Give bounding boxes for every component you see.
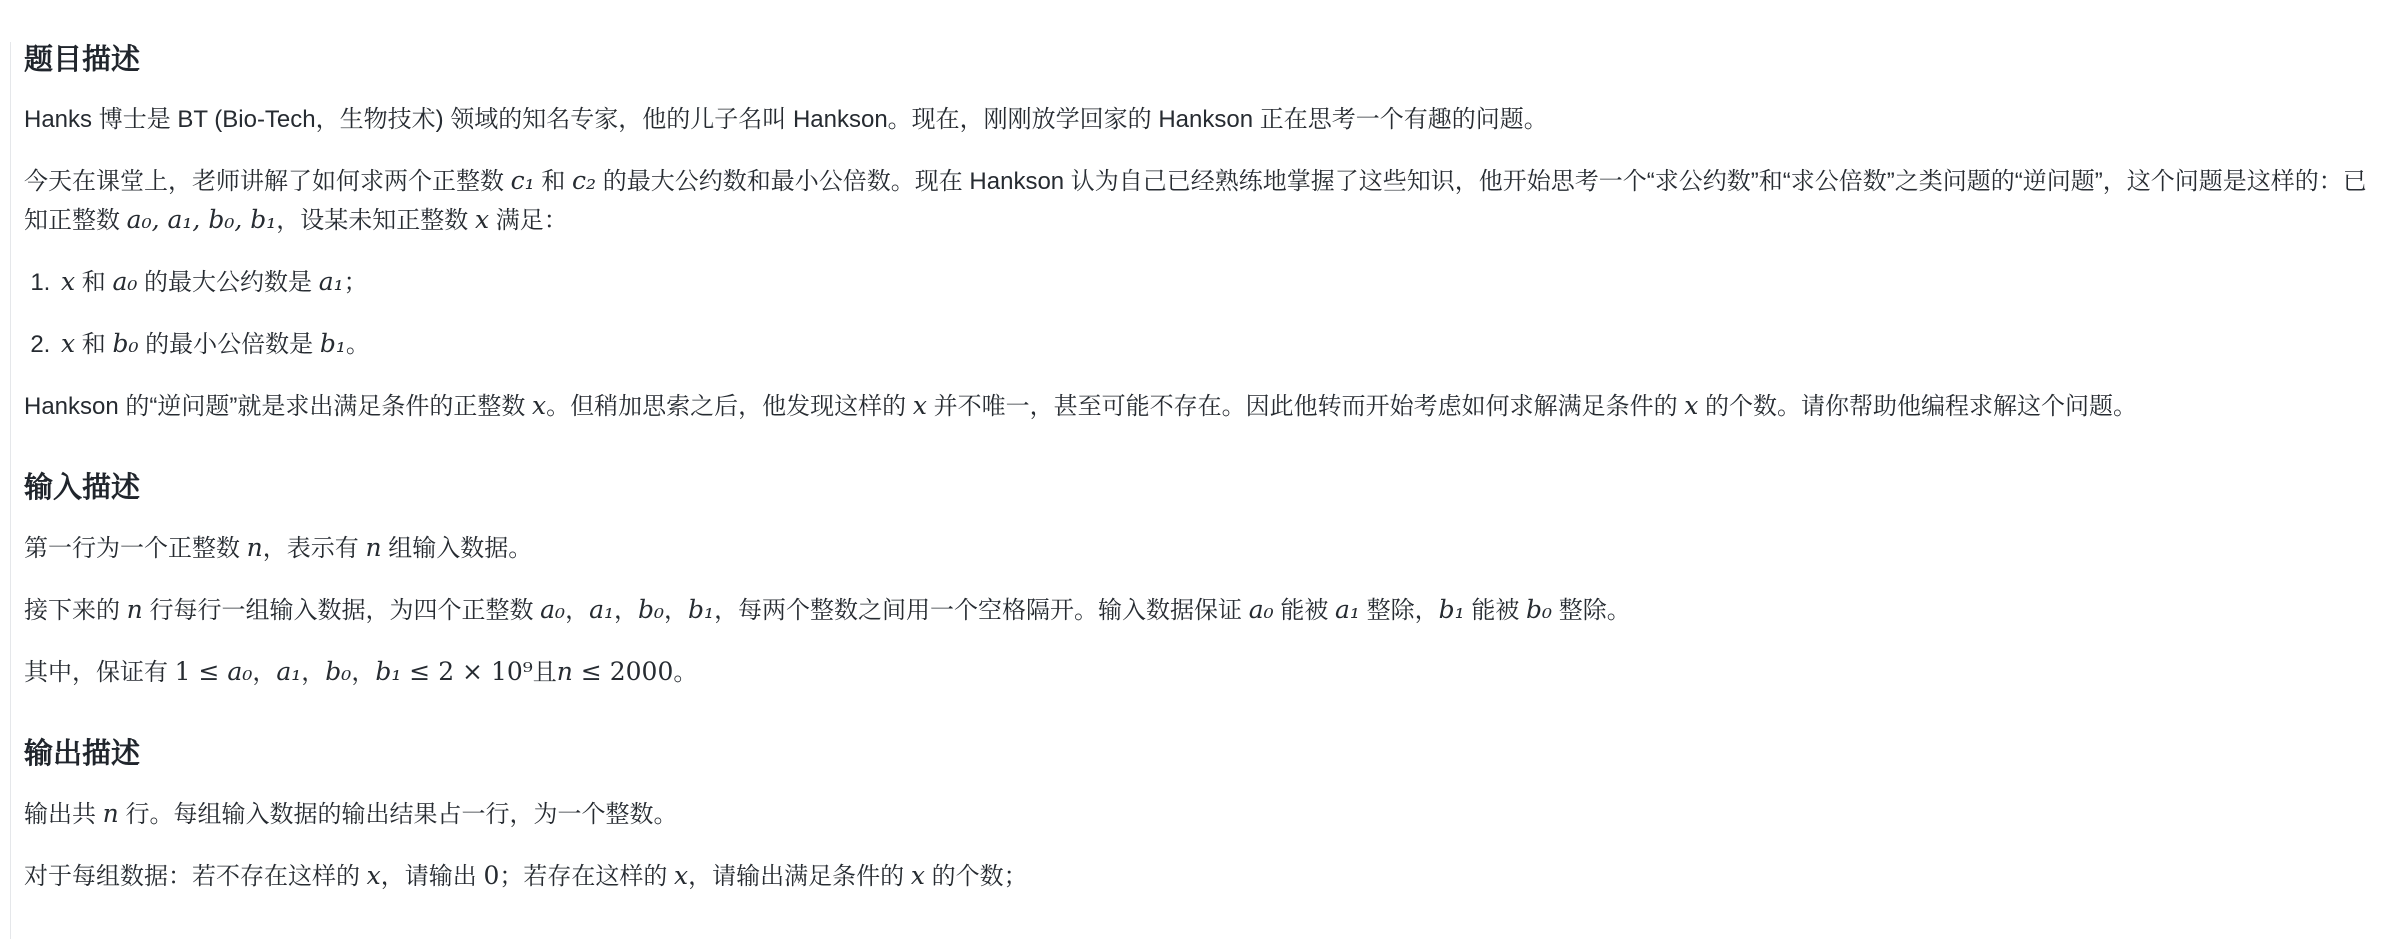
math-inline: a₁ [319, 267, 344, 296]
text-run: 组输入数据。 [382, 535, 533, 562]
math-number: ≤ 2 × 10⁹ [401, 657, 532, 686]
math-inline: x [913, 391, 927, 420]
math-inline: b₀ [325, 657, 351, 686]
section-heading: 输入描述 [24, 470, 2379, 506]
text-run: ， [614, 597, 638, 624]
section-heading: 输出描述 [24, 736, 2379, 772]
paragraph: Hankson 的“逆问题”就是求出满足条件的正整数 x。但稍加思索之后，他发现… [24, 387, 2379, 426]
text-run: Hankson 的“逆问题”就是求出满足条件的正整数 [24, 393, 532, 420]
math-inline: x [1684, 391, 1698, 420]
math-inline: a₁ [276, 657, 301, 686]
math-inline: x [674, 861, 688, 890]
text-run: Hanks 博士是 BT (Bio-Tech，生物技术) 领域的知名专家，他的儿… [24, 106, 1548, 133]
math-inline: a₀ [227, 657, 252, 686]
math-inline: c₂ [572, 166, 596, 195]
math-inline: a₀ [540, 595, 565, 624]
text-run: 其中，保证有 [24, 659, 175, 686]
paragraph: 第一行为一个正整数 n，表示有 n 组输入数据。 [24, 529, 2379, 568]
math-inline: a₀ [1249, 595, 1274, 624]
text-run: 接下来的 [24, 597, 127, 624]
math-inline: x [475, 205, 489, 234]
math-inline: x [532, 391, 546, 420]
text-run: 和 [75, 269, 112, 296]
text-run: ， [301, 659, 325, 686]
problem-panel: 题目描述Hanks 博士是 BT (Bio-Tech，生物技术) 领域的知名专家… [10, 42, 2391, 939]
math-inline: a₁ [589, 595, 614, 624]
math-inline: n [247, 533, 263, 562]
math-inline: b₁ [688, 595, 714, 624]
text-run: 能被 [1465, 597, 1526, 624]
text-run: 的最大公约数是 [137, 269, 318, 296]
text-run: ，请输出 [381, 863, 484, 890]
math-inline: n [365, 533, 381, 562]
paragraph: 对于每组数据：若不存在这样的 x，请输出 0；若存在这样的 x，请输出满足条件的… [24, 857, 2379, 896]
text-run: 。但稍加思索之后，他发现这样的 [546, 393, 913, 420]
math-inline: c₁ [511, 166, 535, 195]
text-run: 和 [535, 168, 572, 195]
text-run: ，设某未知正整数 [276, 207, 475, 234]
paragraph: 接下来的 n 行每行一组输入数据，为四个正整数 a₀，a₁，b₀，b₁，每两个整… [24, 591, 2379, 630]
text-run: 。 [673, 659, 697, 686]
math-number: 0 [483, 861, 499, 890]
text-run: 行。每组输入数据的输出结果占一行，为一个整数。 [119, 801, 678, 828]
text-run: ；若存在这样的 [499, 863, 674, 890]
math-inline: x [367, 861, 381, 890]
list-item: x 和 b₀ 的最小公倍数是 b₁。 [57, 325, 2379, 364]
text-run: 且 [533, 659, 557, 686]
math-number: ≤ 2000 [573, 657, 673, 686]
math-inline: b₀ [1526, 595, 1552, 624]
paragraph: 其中，保证有 1 ≤ a₀，a₁，b₀，b₁ ≤ 2 × 10⁹且n ≤ 200… [24, 653, 2379, 692]
text-run: ，每两个整数之间用一个空格隔开。输入数据保证 [714, 597, 1249, 624]
math-inline: b₁ [375, 657, 401, 686]
math-inline: x [61, 267, 75, 296]
problem-statement-content: 题目描述Hanks 博士是 BT (Bio-Tech，生物技术) 领域的知名专家… [24, 42, 2379, 896]
section-heading: 题目描述 [24, 42, 2379, 78]
math-inline: n [557, 657, 573, 686]
math-inline: n [127, 595, 143, 624]
text-run: 并不唯一，甚至可能不存在。因此他转而开始考虑如何求解满足条件的 [927, 393, 1684, 420]
text-run: 满足： [489, 207, 568, 234]
paragraph: 输出共 n 行。每组输入数据的输出结果占一行，为一个整数。 [24, 795, 2379, 834]
text-run: ， [565, 597, 589, 624]
paragraph: 今天在课堂上，老师讲解了如何求两个正整数 c₁ 和 c₂ 的最大公约数和最小公倍… [24, 162, 2379, 240]
ordered-list: x 和 a₀ 的最大公约数是 a₁；x 和 b₀ 的最小公倍数是 b₁。 [24, 263, 2379, 364]
math-inline: b₀ [638, 595, 664, 624]
text-run: 输出共 [24, 801, 103, 828]
text-run: 的最小公倍数是 [138, 331, 319, 358]
text-run: ， [252, 659, 276, 686]
list-item: x 和 a₀ 的最大公约数是 a₁； [57, 263, 2379, 302]
math-inline: b₁ [320, 329, 346, 358]
text-run: 对于每组数据：若不存在这样的 [24, 863, 367, 890]
text-run: 整除。 [1552, 597, 1631, 624]
text-run: 的个数； [925, 863, 1028, 890]
text-run: ，请输出满足条件的 [688, 863, 911, 890]
text-run: 的个数。请你帮助他编程求解这个问题。 [1698, 393, 2137, 420]
math-inline: b₁ [1439, 595, 1465, 624]
text-run: ， [351, 659, 375, 686]
text-run: 和 [75, 331, 112, 358]
text-run: 今天在课堂上，老师讲解了如何求两个正整数 [24, 168, 511, 195]
math-inline: a₀, a₁, b₀, b₁ [127, 205, 277, 234]
text-run: 第一行为一个正整数 [24, 535, 247, 562]
math-inline: x [911, 861, 925, 890]
math-inline: a₀ [112, 267, 137, 296]
text-run: 整除， [1360, 597, 1439, 624]
text-run: ； [344, 269, 368, 296]
text-run: 。 [346, 331, 370, 358]
math-inline: n [103, 799, 119, 828]
paragraph: Hanks 博士是 BT (Bio-Tech，生物技术) 领域的知名专家，他的儿… [24, 101, 2379, 139]
math-inline: b₀ [112, 329, 138, 358]
text-run: 行每行一组输入数据，为四个正整数 [143, 597, 540, 624]
math-number: 1 ≤ [175, 657, 228, 686]
text-run: ，表示有 [263, 535, 366, 562]
math-inline: x [61, 329, 75, 358]
text-run: ， [664, 597, 688, 624]
math-inline: a₁ [1335, 595, 1360, 624]
text-run: 能被 [1274, 597, 1335, 624]
problem-page: 题目描述Hanks 博士是 BT (Bio-Tech，生物技术) 领域的知名专家… [0, 0, 2391, 939]
